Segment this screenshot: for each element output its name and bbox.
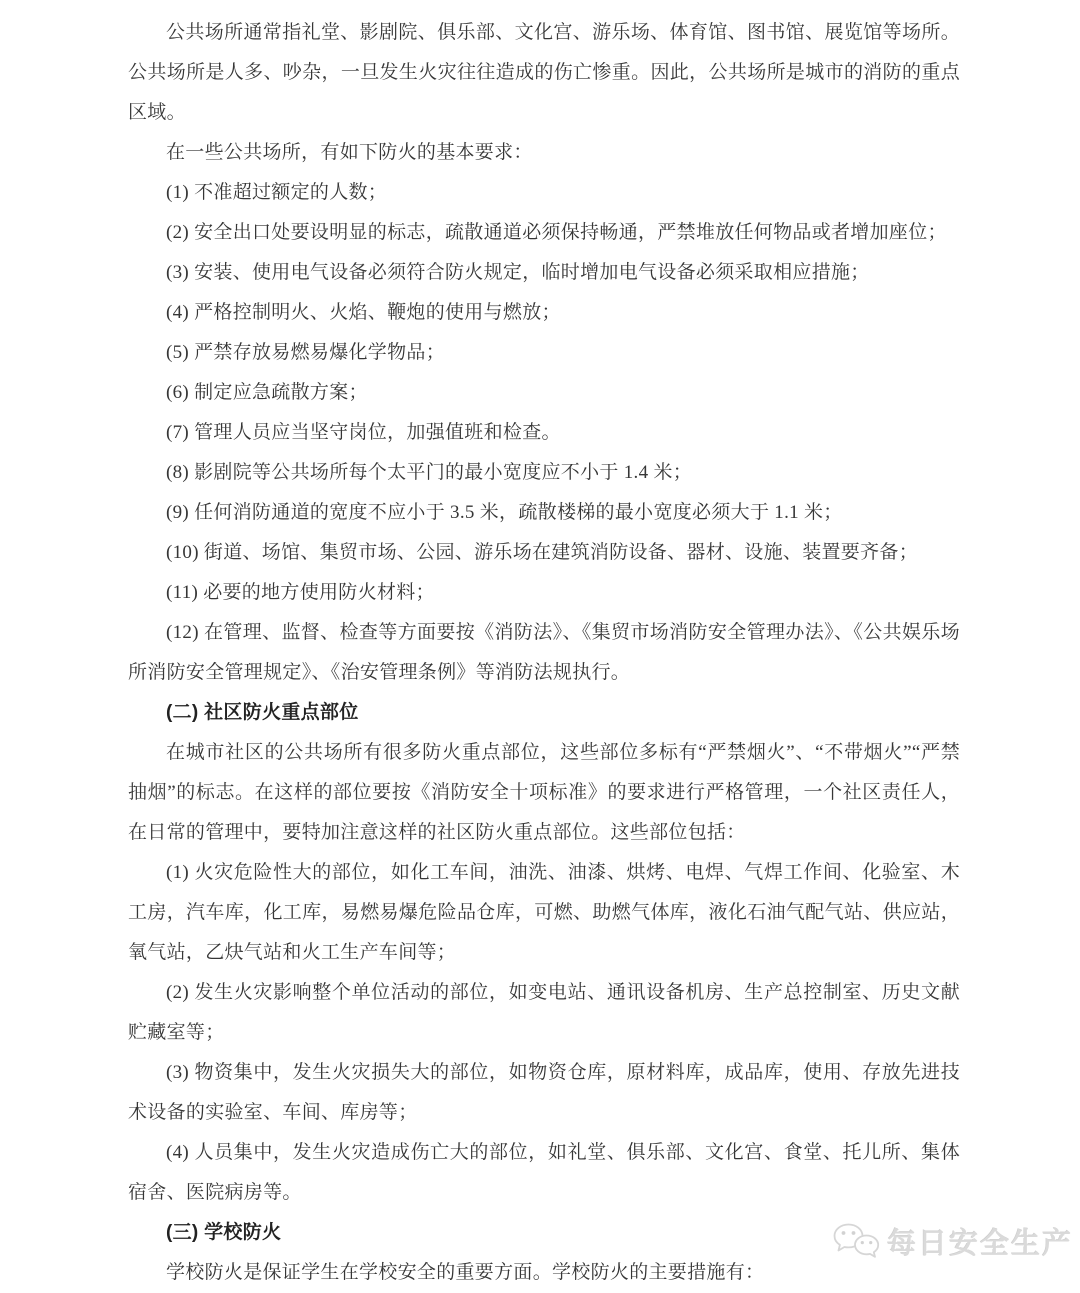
watermark: 每日安全生产 — [833, 1221, 1073, 1262]
paragraph: (3) 安装、使用电气设备必须符合防火规定，临时增加电气设备必须采取相应措施； — [128, 253, 960, 293]
wechat-icon — [833, 1221, 880, 1262]
paragraph: (10) 街道、场馆、集贸市场、公园、游乐场在建筑消防设备、器材、设施、装置要齐… — [128, 533, 960, 573]
paragraph: (4) 人员集中，发生火灾造成伤亡大的部位，如礼堂、俱乐部、文化宫、食堂、托儿所… — [128, 1133, 960, 1213]
paragraph: (2) 安全出口处要设明显的标志，疏散通道必须保持畅通，严禁堆放任何物品或者增加… — [128, 213, 960, 253]
paragraph: (5) 严禁存放易燃易爆化学物品； — [128, 333, 960, 373]
paragraph: (12) 在管理、监督、检查等方面要按《消防法》、《集贸市场消防安全管理办法》、… — [128, 613, 960, 693]
paragraph: 在城市社区的公共场所有很多防火重点部位，这些部位多标有“严禁烟火”、“不带烟火”… — [128, 733, 960, 853]
paragraph: (1) 火灾危险性大的部位，如化工车间，油洗、油漆、烘烤、电焊、气焊工作间、化验… — [128, 853, 960, 973]
watermark-label: 每日安全生产 — [887, 1221, 1073, 1262]
paragraph: 公共场所通常指礼堂、影剧院、俱乐部、文化宫、游乐场、体育馆、图书馆、展览馆等场所… — [128, 13, 960, 133]
paragraph: (1) 不准超过额定的人数； — [128, 173, 960, 213]
paragraph: (9) 任何消防通道的宽度不应小于 3.5 米，疏散楼梯的最小宽度必须大于 1.… — [128, 493, 960, 533]
document-body: 公共场所通常指礼堂、影剧院、俱乐部、文化宫、游乐场、体育馆、图书馆、展览馆等场所… — [128, 13, 960, 1293]
paragraph: (11) 必要的地方使用防火材料； — [128, 573, 960, 613]
document-page: { "page": { "background": "#ffffff", "te… — [0, 0, 1080, 1293]
paragraph: (7) 管理人员应当坚守岗位，加强值班和检查。 — [128, 413, 960, 453]
paragraph: (6) 制定应急疏散方案； — [128, 373, 960, 413]
section-heading: (二) 社区防火重点部位 — [128, 693, 960, 733]
paragraph: (3) 物资集中，发生火灾损失大的部位，如物资仓库，原材料库，成品库，使用、存放… — [128, 1053, 960, 1133]
paragraph: (8) 影剧院等公共场所每个太平门的最小宽度应不小于 1.4 米； — [128, 453, 960, 493]
paragraph: (2) 发生火灾影响整个单位活动的部位，如变电站、通讯设备机房、生产总控制室、历… — [128, 973, 960, 1053]
paragraph: 在一些公共场所，有如下防火的基本要求： — [128, 133, 960, 173]
paragraph: (4) 严格控制明火、火焰、鞭炮的使用与燃放； — [128, 293, 960, 333]
